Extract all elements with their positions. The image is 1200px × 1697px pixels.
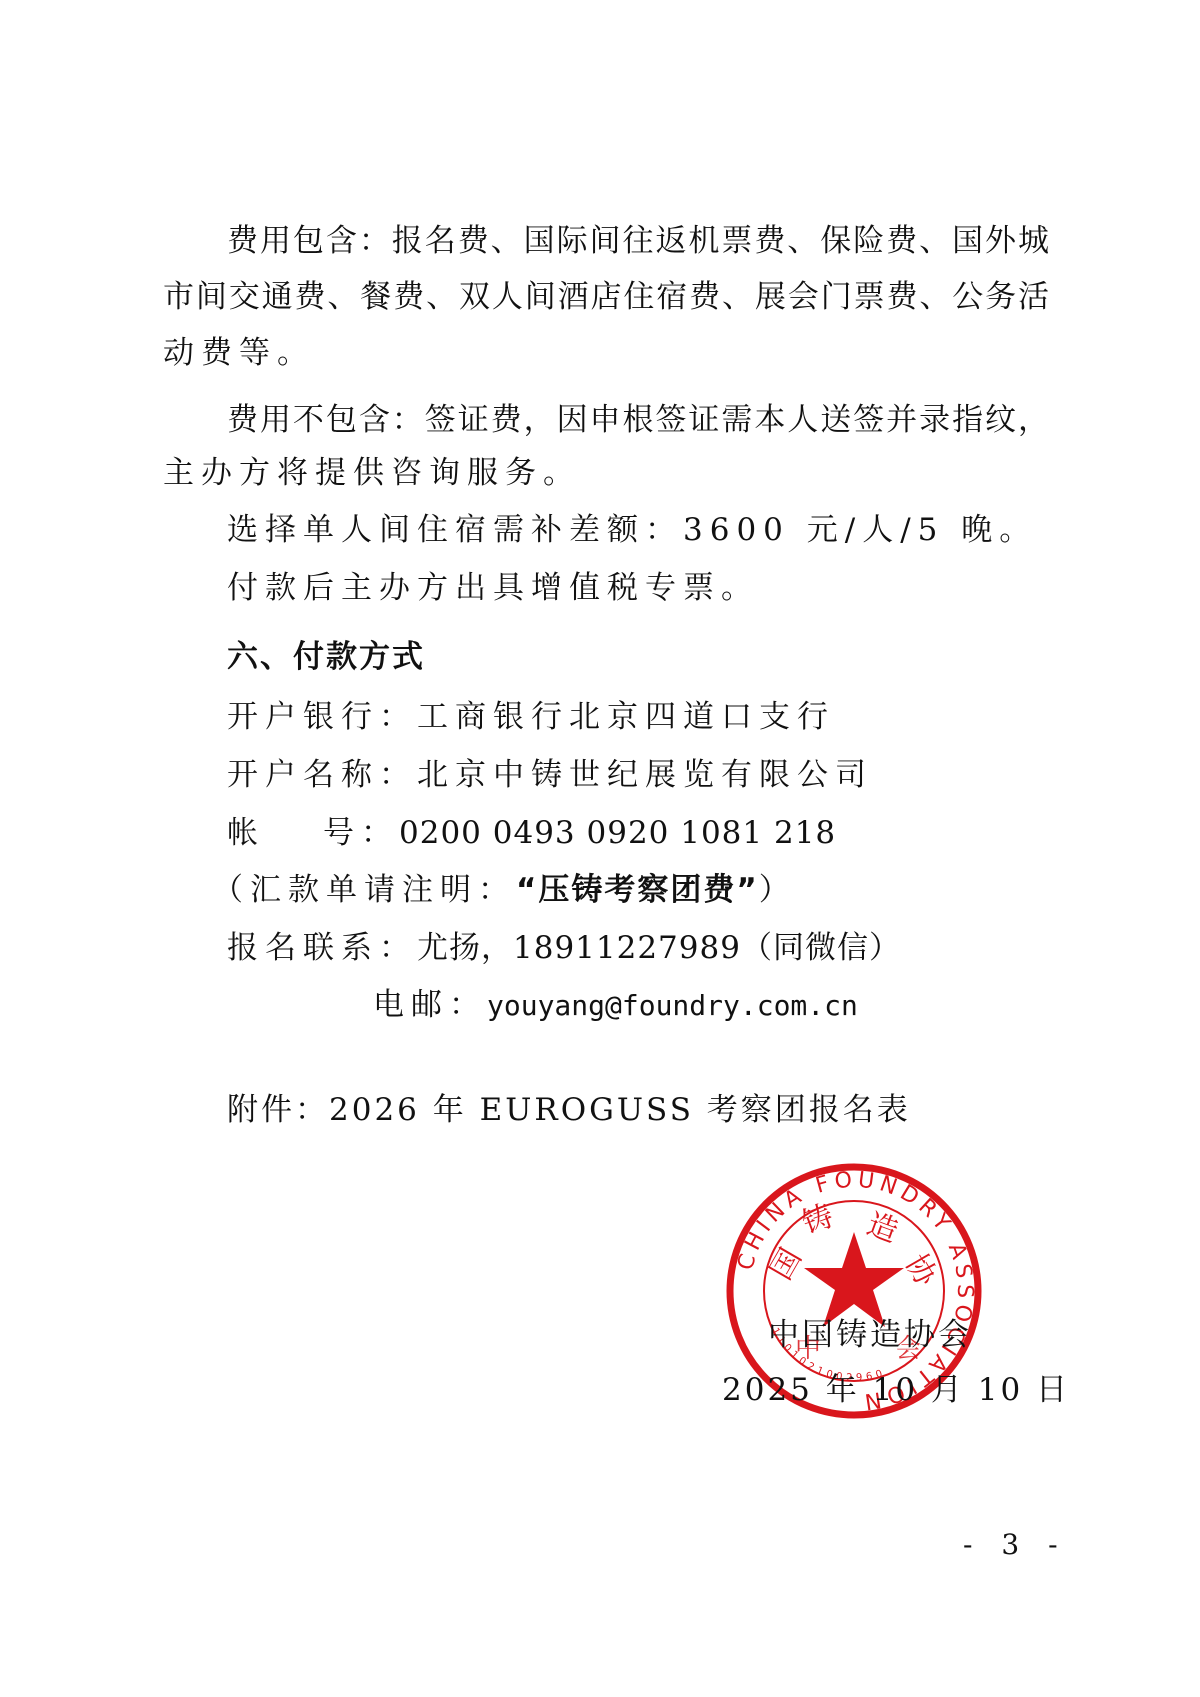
- remittance-note-suffix: ）: [759, 872, 797, 908]
- account-number-row: 帐号：0200 0493 0920 1081 218: [227, 813, 836, 853]
- email-link[interactable]: youyang@foundry.com.cn: [487, 989, 858, 1022]
- remittance-note-prefix: （汇款单请注明：: [212, 872, 516, 908]
- fee-included-line-3: 动费等。: [163, 333, 315, 373]
- account-number-value: 0200 0493 0920 1081 218: [399, 815, 836, 851]
- email-row: 电邮：youyang@foundry.com.cn: [373, 985, 858, 1026]
- email-label: 电邮：: [373, 987, 487, 1023]
- account-number-label-1: 帐: [227, 813, 323, 853]
- invoice-note: 付款后主办方出具增值税专票。: [227, 568, 759, 608]
- fee-excluded-line-2: 主办方将提供咨询服务。: [163, 453, 581, 493]
- contact-label: 报名联系：: [227, 930, 417, 966]
- fee-included-line-2: 市间交通费、餐费、双人间酒店住宿费、展会门票费、公务活: [163, 277, 1049, 317]
- bank-label: 开户银行：: [227, 699, 417, 735]
- account-name-row: 开户名称：北京中铸世纪展览有限公司: [227, 755, 873, 795]
- contact-row: 报名联系：尤扬，18911227989（同微信）: [227, 928, 901, 968]
- payment-section-heading: 六、付款方式: [227, 637, 425, 677]
- bank-value: 工商银行北京四道口支行: [417, 699, 835, 735]
- svg-text:国: 国: [764, 1243, 809, 1286]
- account-number-label-2: 号：: [323, 815, 399, 851]
- contact-value: 尤扬，18911227989（同微信）: [417, 930, 901, 966]
- attachment-note: 附件：2026 年 EUROGUSS 考察团报名表: [227, 1090, 911, 1130]
- fee-excluded-line-1: 费用不包含：签证费，因申根签证需本人送签并录指纹，: [163, 400, 1049, 440]
- account-name-label: 开户名称：: [227, 757, 417, 793]
- remittance-note: （汇款单请注明：“压铸考察团费”）: [212, 870, 797, 910]
- bank-row: 开户银行：工商银行北京四道口支行: [227, 697, 835, 737]
- svg-text:造: 造: [862, 1207, 902, 1250]
- signature-date: 2025 年 10 月 10 日: [722, 1370, 1070, 1410]
- remittance-note-keyword: “压铸考察团费”: [516, 872, 759, 908]
- account-name-value: 北京中铸世纪展览有限公司: [417, 757, 873, 793]
- single-room-supplement: 选择单人间住宿需补差额：3600 元/人/5 晚。: [227, 510, 1037, 550]
- fee-included-line-1: 费用包含：报名费、国际间往返机票费、保险费、国外城: [163, 221, 1049, 261]
- page-number: - 3 -: [963, 1528, 1068, 1561]
- signature-organization: 中国铸造协会: [768, 1315, 972, 1355]
